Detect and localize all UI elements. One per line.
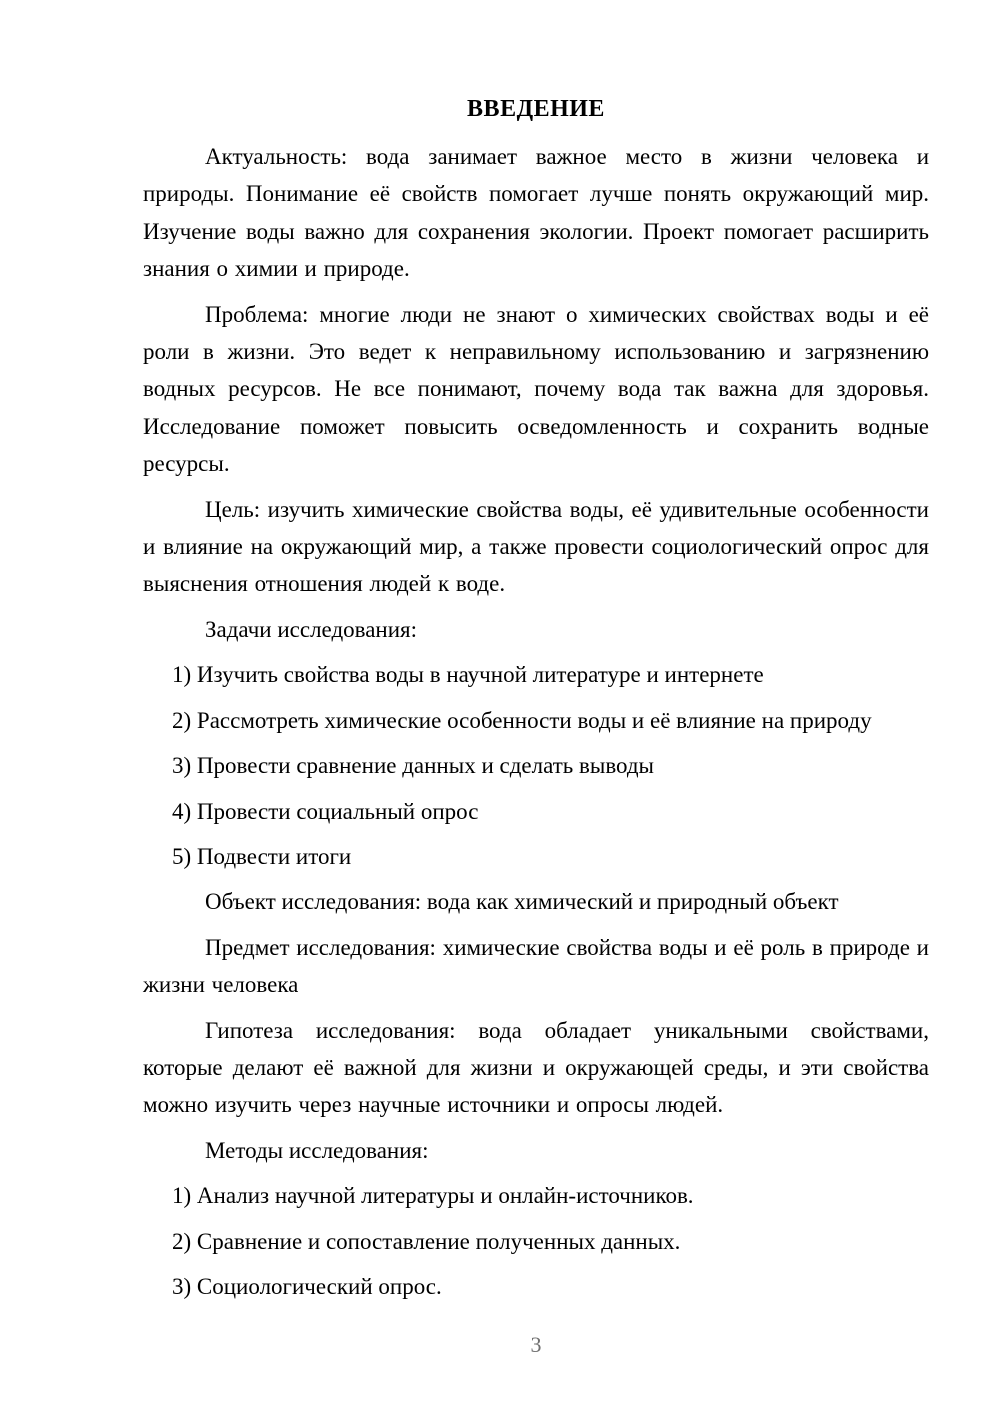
paragraph-relevance: Актуальность: вода занимает важное место… <box>143 138 929 288</box>
task-item-5: 5) Подвести итоги <box>172 838 929 875</box>
method-item-3: 3) Социологический опрос. <box>172 1268 929 1305</box>
paragraph-problem: Проблема: многие люди не знают о химичес… <box>143 296 929 483</box>
page-number: 3 <box>143 1331 929 1359</box>
method-item-2: 2) Сравнение и сопоставление полученных … <box>172 1223 929 1260</box>
paragraph-subject: Предмет исследования: химические свойств… <box>143 929 929 1004</box>
document-page: ВВЕДЕНИЕ Актуальность: вода занимает важ… <box>0 0 1000 1414</box>
paragraph-goal: Цель: изучить химические свойства воды, … <box>143 491 929 603</box>
paragraph-object: Объект исследования: вода как химический… <box>143 883 929 920</box>
page-title: ВВЕДЕНИЕ <box>143 94 929 124</box>
method-item-1: 1) Анализ научной литературы и онлайн-ис… <box>172 1177 929 1214</box>
task-item-4: 4) Провести социальный опрос <box>172 793 929 830</box>
task-item-1: 1) Изучить свойства воды в научной литер… <box>172 656 929 693</box>
task-item-3: 3) Провести сравнение данных и сделать в… <box>172 747 929 784</box>
paragraph-hypothesis: Гипотеза исследования: вода обладает уни… <box>143 1012 929 1124</box>
methods-heading: Методы исследования: <box>143 1132 929 1169</box>
task-item-2: 2) Рассмотреть химические особенности во… <box>172 702 929 739</box>
tasks-heading: Задачи исследования: <box>143 611 929 648</box>
